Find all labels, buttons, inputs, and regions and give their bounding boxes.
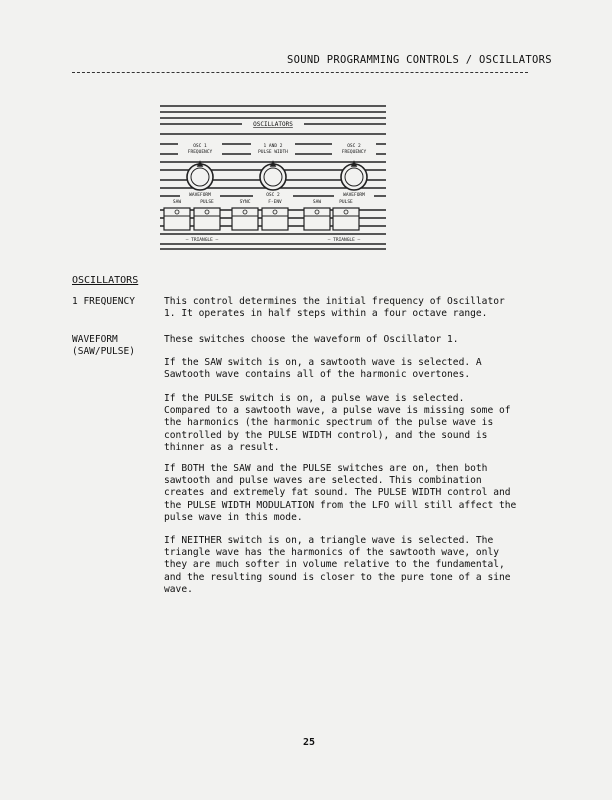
item-label-frequency: 1 FREQUENCY bbox=[72, 296, 135, 308]
waveform-para-3: If the PULSE switch is on, a pulse wave … bbox=[164, 393, 544, 454]
svg-text:— TRIANGLE —: — TRIANGLE — bbox=[328, 237, 361, 243]
svg-text:FREQUENCY: FREQUENCY bbox=[342, 149, 367, 155]
svg-text:SAW: SAW bbox=[313, 199, 321, 205]
svg-text:PULSE WIDTH: PULSE WIDTH bbox=[258, 149, 288, 155]
svg-text:OSC 1: OSC 1 bbox=[193, 143, 207, 149]
svg-text:SAW: SAW bbox=[173, 199, 181, 205]
svg-text:OSC 2: OSC 2 bbox=[347, 143, 361, 149]
svg-text:WAVEFORM: WAVEFORM bbox=[343, 192, 365, 198]
waveform-para-5: If NEITHER switch is on, a triangle wave… bbox=[164, 535, 544, 596]
header-divider bbox=[72, 72, 528, 73]
waveform-para-1: These switches choose the waveform of Os… bbox=[164, 334, 544, 346]
svg-text:1 AND 2: 1 AND 2 bbox=[264, 143, 283, 149]
section-title: OSCILLATORS bbox=[72, 275, 138, 286]
running-header: SOUND PROGRAMMING CONTROLS / OSCILLATORS bbox=[287, 54, 552, 66]
svg-text:FREQUENCY: FREQUENCY bbox=[188, 149, 213, 155]
svg-text:F-ENV: F-ENV bbox=[268, 199, 282, 205]
waveform-para-4: If BOTH the SAW and the PULSE switches a… bbox=[164, 463, 544, 524]
svg-text:— TRIANGLE —: — TRIANGLE — bbox=[186, 237, 219, 243]
svg-text:PULSE: PULSE bbox=[339, 199, 353, 205]
svg-text:WAVEFORM: WAVEFORM bbox=[189, 192, 211, 198]
frequency-description: This control determines the initial freq… bbox=[164, 296, 544, 320]
page-number: 25 bbox=[303, 737, 315, 748]
svg-text:OSCILLATORS: OSCILLATORS bbox=[253, 121, 293, 128]
svg-text:SYNC: SYNC bbox=[240, 199, 251, 205]
waveform-para-2: If the SAW switch is on, a sawtooth wave… bbox=[164, 357, 544, 381]
item-label-waveform: WAVEFORM (SAW/PULSE) bbox=[72, 334, 135, 358]
svg-text:OSC 2: OSC 2 bbox=[266, 192, 280, 198]
oscillator-panel-diagram: OSCILLATORSOSC 1FREQUENCYWAVEFORM1 AND 2… bbox=[160, 104, 386, 250]
svg-text:PULSE: PULSE bbox=[200, 199, 214, 205]
